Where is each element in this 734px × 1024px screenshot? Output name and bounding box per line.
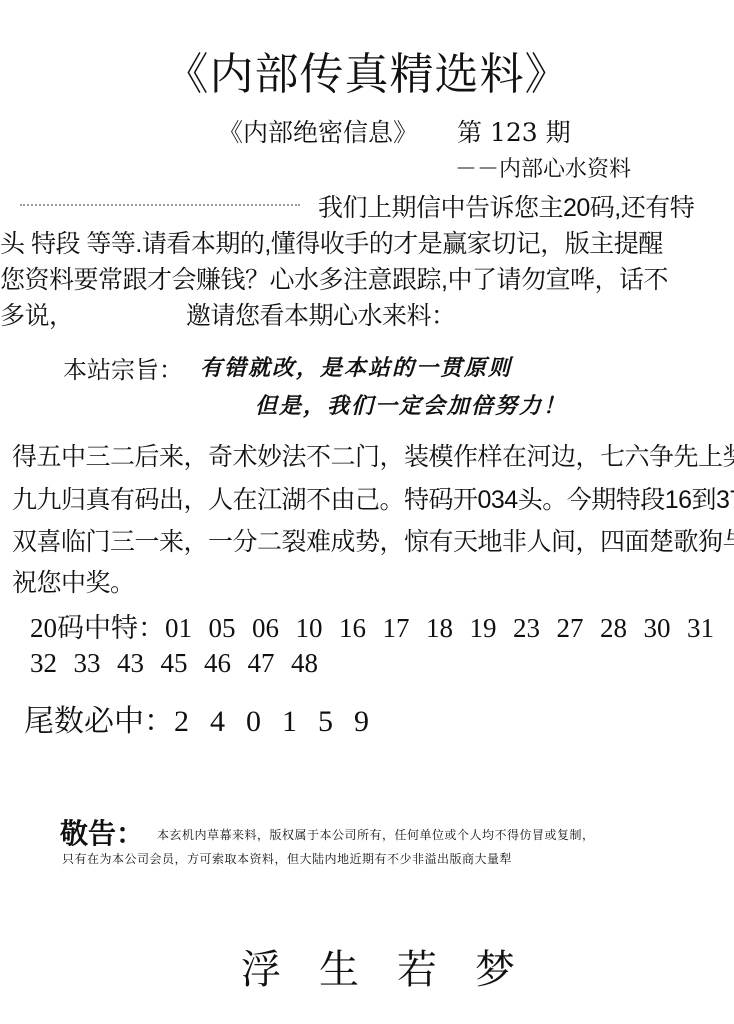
pick-number: 32 — [30, 648, 74, 679]
pick-number: 01 — [165, 613, 209, 644]
poem-line: 得五中三二后来，奇术妙法不二门，装模作样在河边，七六争先上奖台 — [12, 437, 734, 473]
motto-label: 本站宗旨： — [63, 350, 183, 385]
tail-label: 尾数必中： — [24, 705, 174, 738]
pick-number: 27 — [557, 613, 601, 644]
pick-number: 06 — [252, 613, 296, 644]
document-title: 《内部传真精选料》 — [0, 38, 734, 102]
notice-label: 敬告： — [60, 812, 144, 852]
pick-number: 17 — [383, 613, 427, 644]
pick-number: 05 — [209, 613, 253, 644]
pick-number: 43 — [117, 648, 161, 679]
tail-digit: 0 — [246, 705, 282, 739]
intro-line: 多说， — [0, 296, 74, 332]
pick-number: 10 — [296, 613, 340, 644]
picks-row-2: 32334345464748 — [30, 648, 335, 679]
notice-line: 本玄机内草幕来料，版权属于本公司所有，任何单位或个人均不得仿冒或复制， — [157, 826, 595, 843]
notice-line: 只有在为本公司会员，方可索取本资料，但大陆内地近期有不少非溢出版商大量犁 — [62, 850, 512, 867]
intro-line: 您资料要常跟才会赚钱？心水多注意跟踪,中了请勿宣哗，话不 — [0, 260, 668, 296]
tail-digit: 1 — [282, 705, 318, 739]
signature: 浮生若梦 — [0, 938, 734, 995]
motto-line: 有错就改，是本站的一贯原则 — [200, 351, 512, 382]
faint-scan-marks — [20, 204, 300, 206]
intro-line: 头 特段 等等.请看本期的,懂得收手的才是赢家切记，版主提醒 — [0, 224, 663, 260]
picks-row-1: 20码中特：01050610161718192327283031 — [30, 606, 731, 645]
pick-number: 31 — [687, 613, 731, 644]
source-line: －－内部心水资料 — [455, 152, 631, 183]
pick-number: 19 — [470, 613, 514, 644]
tail-digit: 5 — [318, 705, 354, 739]
poem-line: 九九归真有码出，人在江湖不由己。特码开034头。今期特段16到37， — [12, 480, 734, 516]
tail-digit: 9 — [354, 705, 390, 739]
pick-number: 30 — [644, 613, 688, 644]
pick-number: 16 — [339, 613, 383, 644]
pick-number: 47 — [248, 648, 292, 679]
picks-label: 20码中特： — [30, 613, 165, 643]
pick-number: 23 — [513, 613, 557, 644]
tail-digit: 4 — [210, 705, 246, 739]
tail-section: 尾数必中：240159 — [24, 696, 390, 740]
pick-number: 28 — [600, 613, 644, 644]
intro-line: 邀请您看本期心水来料： — [186, 296, 456, 332]
pick-number: 33 — [74, 648, 118, 679]
subtitle: 《内部绝密信息》 — [218, 113, 418, 149]
intro-line: 我们上期信中告诉您主20码,还有特 — [318, 188, 694, 224]
motto-line: 但是，我们一定会加倍努力！ — [255, 389, 567, 420]
tail-digit: 2 — [174, 705, 210, 739]
pick-number: 48 — [291, 648, 335, 679]
pick-number: 45 — [161, 648, 205, 679]
issue-label: 第 123 期 — [457, 113, 571, 149]
poem-line: 祝您中奖。 — [12, 563, 135, 599]
poem-line: 双喜临门三一来，一分二裂难成势，惊有天地非人间，四面楚歌狗与。 — [12, 522, 734, 558]
pick-number: 46 — [204, 648, 248, 679]
pick-number: 18 — [426, 613, 470, 644]
